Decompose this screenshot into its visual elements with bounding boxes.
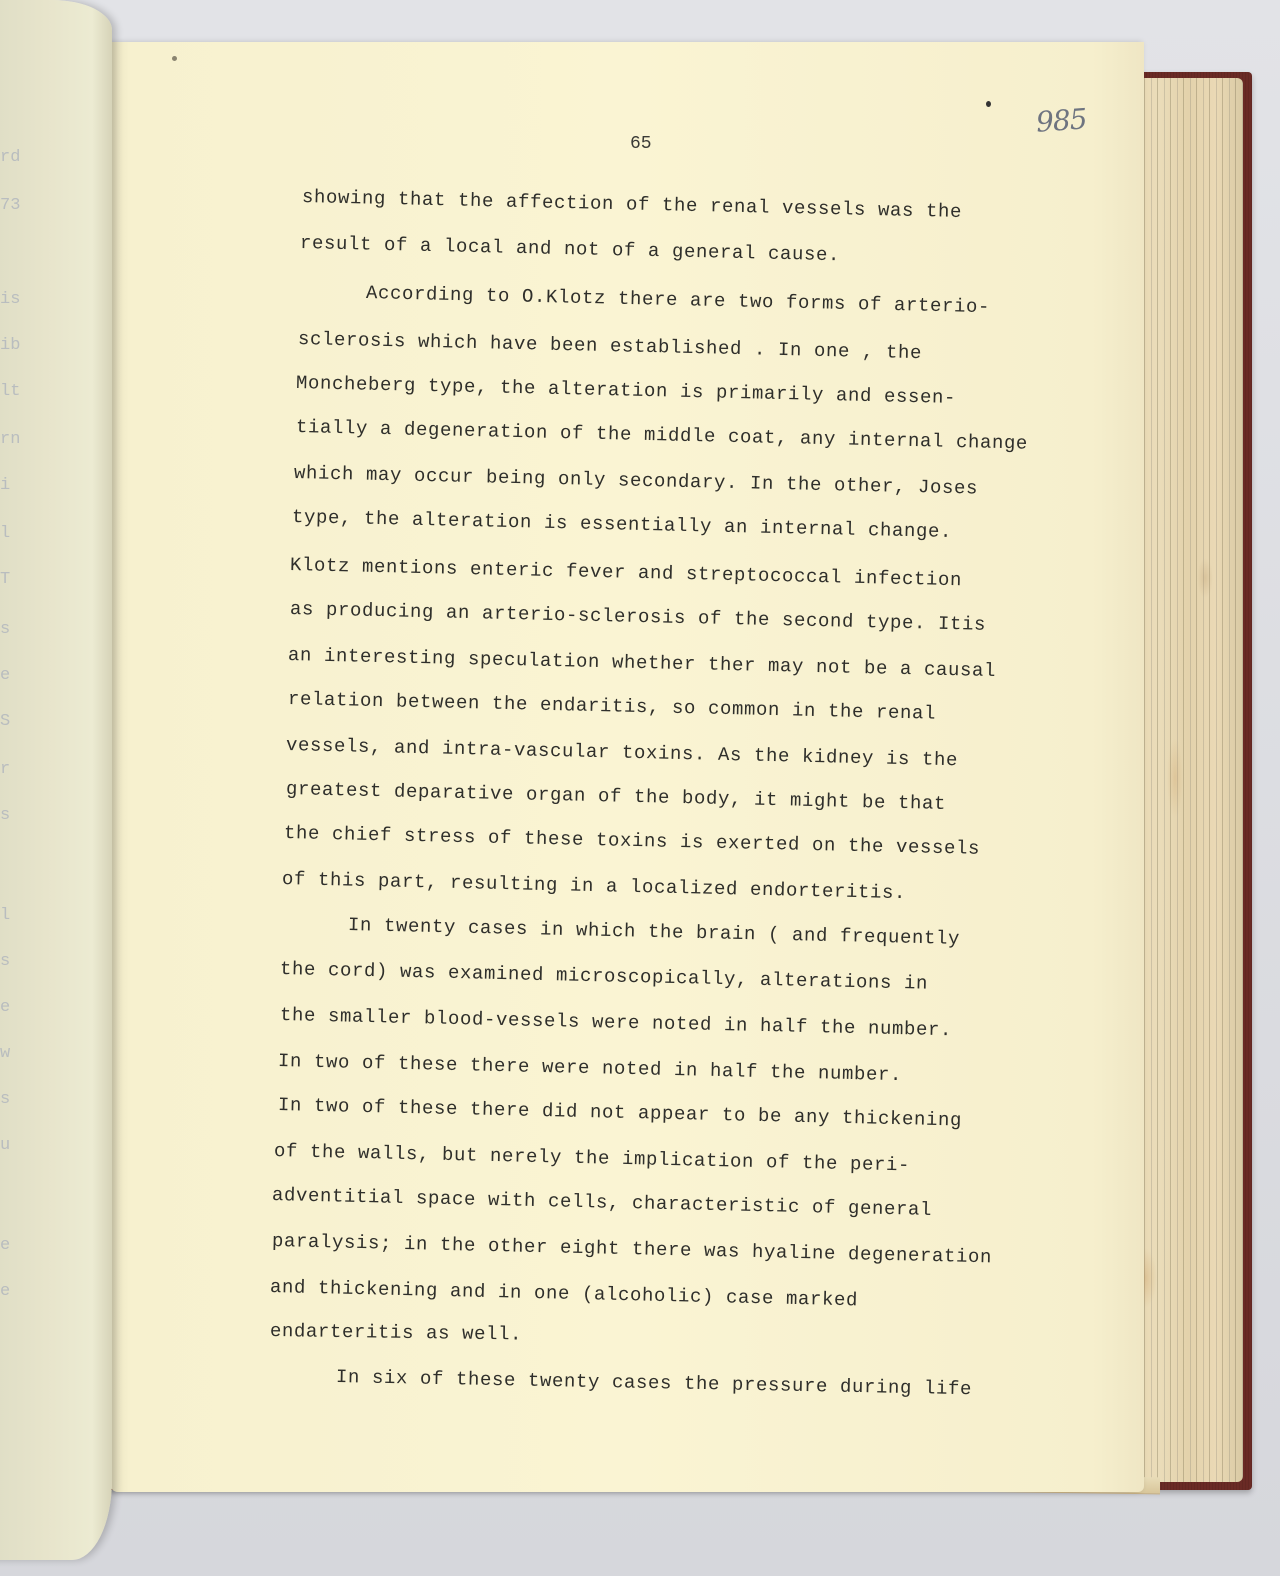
text-line: the smaller blood-vessels were noted in … (280, 1004, 952, 1041)
text-line: tially a degeneration of the middle coat… (296, 416, 1028, 455)
text-line: of this part, resulting in a localized e… (282, 868, 906, 904)
text-line: In six of these twenty cases the pressur… (336, 1366, 972, 1400)
text-line: an interesting speculation whether ther … (288, 644, 996, 682)
text-line: the cord) was examined microscopically, … (280, 958, 928, 995)
text-line: adventitial space with cells, characteri… (272, 1184, 932, 1221)
ghost-char: e (0, 666, 30, 685)
text-line: the chief stress of these toxins is exer… (284, 822, 980, 860)
ghost-char: is (0, 290, 30, 309)
ghost-char: e (0, 1282, 30, 1301)
ink-dot (986, 101, 991, 107)
ghost-char: s (0, 952, 30, 971)
ghost-char: s (0, 806, 30, 825)
ghost-char: i (0, 476, 30, 495)
page-number: 65 (630, 134, 652, 154)
ghost-char: l (0, 906, 30, 925)
ghost-char: T (0, 570, 30, 589)
ghost-char: rn (0, 430, 30, 449)
text-line: showing that the affection of the renal … (302, 186, 962, 223)
ghost-char: 73 (0, 196, 30, 215)
ghost-char: rd (0, 148, 30, 167)
handwritten-folio-number: 985 (1035, 102, 1088, 138)
text-line: and thickening and in one (alcoholic) ca… (270, 1276, 858, 1311)
ghost-char: l (0, 524, 30, 543)
ghost-char: u (0, 1136, 30, 1155)
text-line: sclerosis which have been established . … (298, 328, 922, 364)
ghost-char: S (0, 712, 30, 731)
bleed-through-text: rd 73 is ib lt rn i l T s e S r s l s e … (0, 0, 110, 1560)
text-line: Klotz mentions enteric fever and strepto… (290, 554, 962, 591)
text-line: relation between the endaritis, so commo… (288, 688, 936, 725)
punch-hole (172, 56, 177, 61)
facing-left-page: rd 73 is ib lt rn i l T s e S r s l s e … (0, 0, 112, 1560)
text-line: In twenty cases in which the brain ( and… (348, 914, 960, 950)
text-line: which may occur being only secondary. In… (294, 462, 978, 500)
text-line: In two of these there were noted in half… (278, 1050, 902, 1086)
text-line: vessels, and intra-vascular toxins. As t… (286, 734, 958, 771)
text-line: paralysis; in the other eight there was … (272, 1230, 992, 1268)
text-line: type, the alteration is essentially an i… (292, 506, 952, 543)
ghost-char: w (0, 1044, 30, 1063)
text-line: Moncheberg type, the alteration is prima… (296, 372, 956, 409)
text-line: According to O.Klotz there are two forms… (366, 282, 990, 318)
ghost-char: s (0, 1090, 30, 1109)
text-line: of the walls, but nerely the implication… (274, 1140, 910, 1176)
text-line: result of a local and not of a general c… (300, 232, 840, 266)
ghost-char: s (0, 620, 30, 639)
ghost-char: e (0, 1236, 30, 1255)
ghost-char: ib (0, 336, 30, 355)
text-line: endarteritis as well. (270, 1320, 522, 1346)
ghost-char: lt (0, 382, 30, 401)
ghost-char: r (0, 760, 30, 779)
document-page: 985 65 showing that the affection of the… (110, 42, 1144, 1492)
text-line: In two of these there did not appear to … (278, 1094, 962, 1132)
text-line: as producing an arterio-sclerosis of the… (290, 598, 986, 636)
ghost-char: e (0, 998, 30, 1017)
text-line: greatest deparative organ of the body, i… (286, 778, 946, 815)
